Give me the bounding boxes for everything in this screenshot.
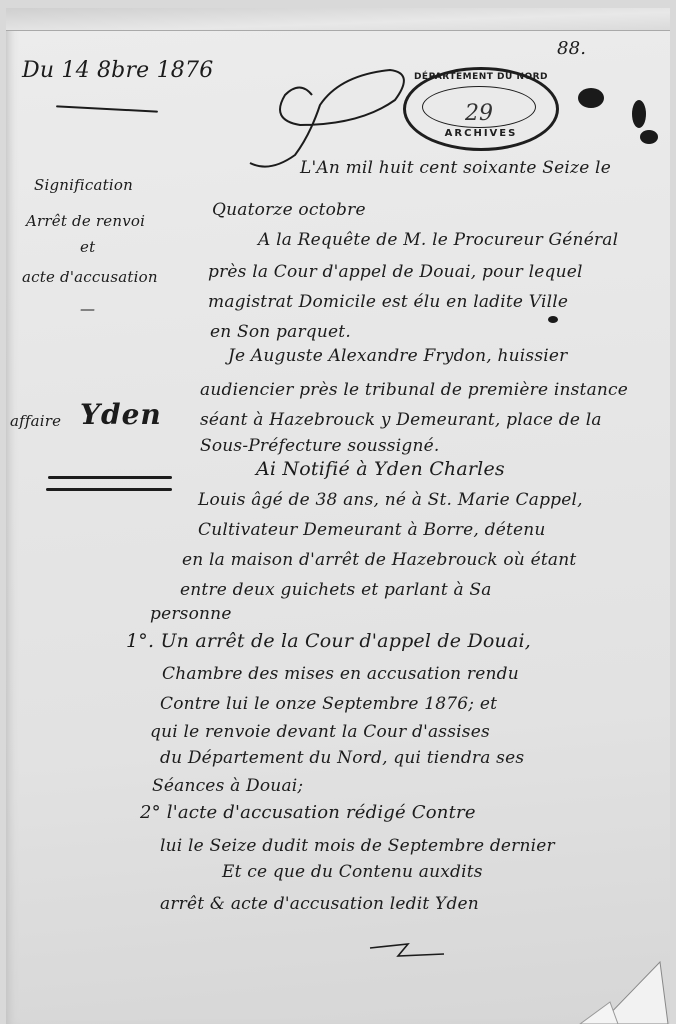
body-line: 2° l'acte d'accusation rédigé Contre [140,802,476,823]
body-line: A la Requête de M. le Procureur Général [258,230,618,250]
affair-label: affaire [10,412,61,430]
body-line: Et ce que du Contenu auxdits [222,862,483,882]
torn-corner [540,960,676,1024]
page-fold [6,8,670,31]
body-line: Cultivateur Demeurant à Borre, détenu [198,520,546,540]
body-line: audiencier près le tribunal de première … [200,380,628,400]
ink-blot [548,316,558,323]
body-line: du Département du Nord, qui tiendra ses [160,748,524,768]
margin-title-line: et [80,238,95,256]
body-line: entre deux guichets et parlant à Sa [180,580,492,600]
body-line: Chambre des mises en accusation rendu [162,664,519,684]
ink-blot [578,88,604,108]
double-rule-bottom [46,488,172,491]
body-line: près la Cour d'appel de Douai, pour lequ… [208,262,583,282]
stamp-department: DÉPARTEMENT DU NORD [406,72,556,82]
body-line: Louis âgé de 38 ans, né à St. Marie Capp… [198,490,583,510]
body-line: qui le renvoie devant la Cour d'assises [150,722,490,742]
stamp-number: 29 [423,101,535,126]
body-line: Séances à Douai; [152,776,303,796]
margin-title-line: acte d'accusation [22,268,158,286]
body-line: lui le Seize dudit mois de Septembre der… [160,836,555,856]
body-line: Quatorze octobre [212,200,366,220]
stamp-inner-ring: 29 [422,86,536,128]
ink-blot [632,100,646,128]
affair-name: Yden [80,398,162,431]
body-line: en la maison d'arrêt de Hazebrouck où ét… [182,550,576,570]
date-heading: Du 14 8bre 1876 [22,58,213,83]
body-line: Ai Notifié à Yden Charles [256,458,505,480]
body-line: séant à Hazebrouck y Demeurant, place de… [200,410,602,430]
margin-dash: — [80,300,95,318]
body-line: 1°. Un arrêt de la Cour d'appel de Douai… [126,630,531,652]
body-line: personne [150,604,232,624]
ink-blot [640,130,658,144]
page-number: 88. [557,38,586,59]
archives-stamp: DÉPARTEMENT DU NORD 29 ARCHIVES [403,67,559,151]
stamp-archives: ARCHIVES [406,128,556,139]
margin-title-line: Arrêt de renvoi [26,212,145,230]
body-line: Sous-Préfecture soussigné. [200,436,439,456]
body-line: L'An mil huit cent soixante Seize le [300,158,611,178]
body-line: en Son parquet. [210,322,351,342]
double-rule-top [48,476,172,479]
body-line: Contre lui le onze Septembre 1876; et [160,694,497,714]
margin-title-line: Signification [34,176,133,194]
closing-flourish-icon [368,940,448,964]
body-line: arrêt & acte d'accusation ledit Yden [160,894,479,914]
body-line: Je Auguste Alexandre Frydon, huissier [228,346,567,366]
body-line: magistrat Domicile est élu en ladite Vil… [208,292,568,312]
